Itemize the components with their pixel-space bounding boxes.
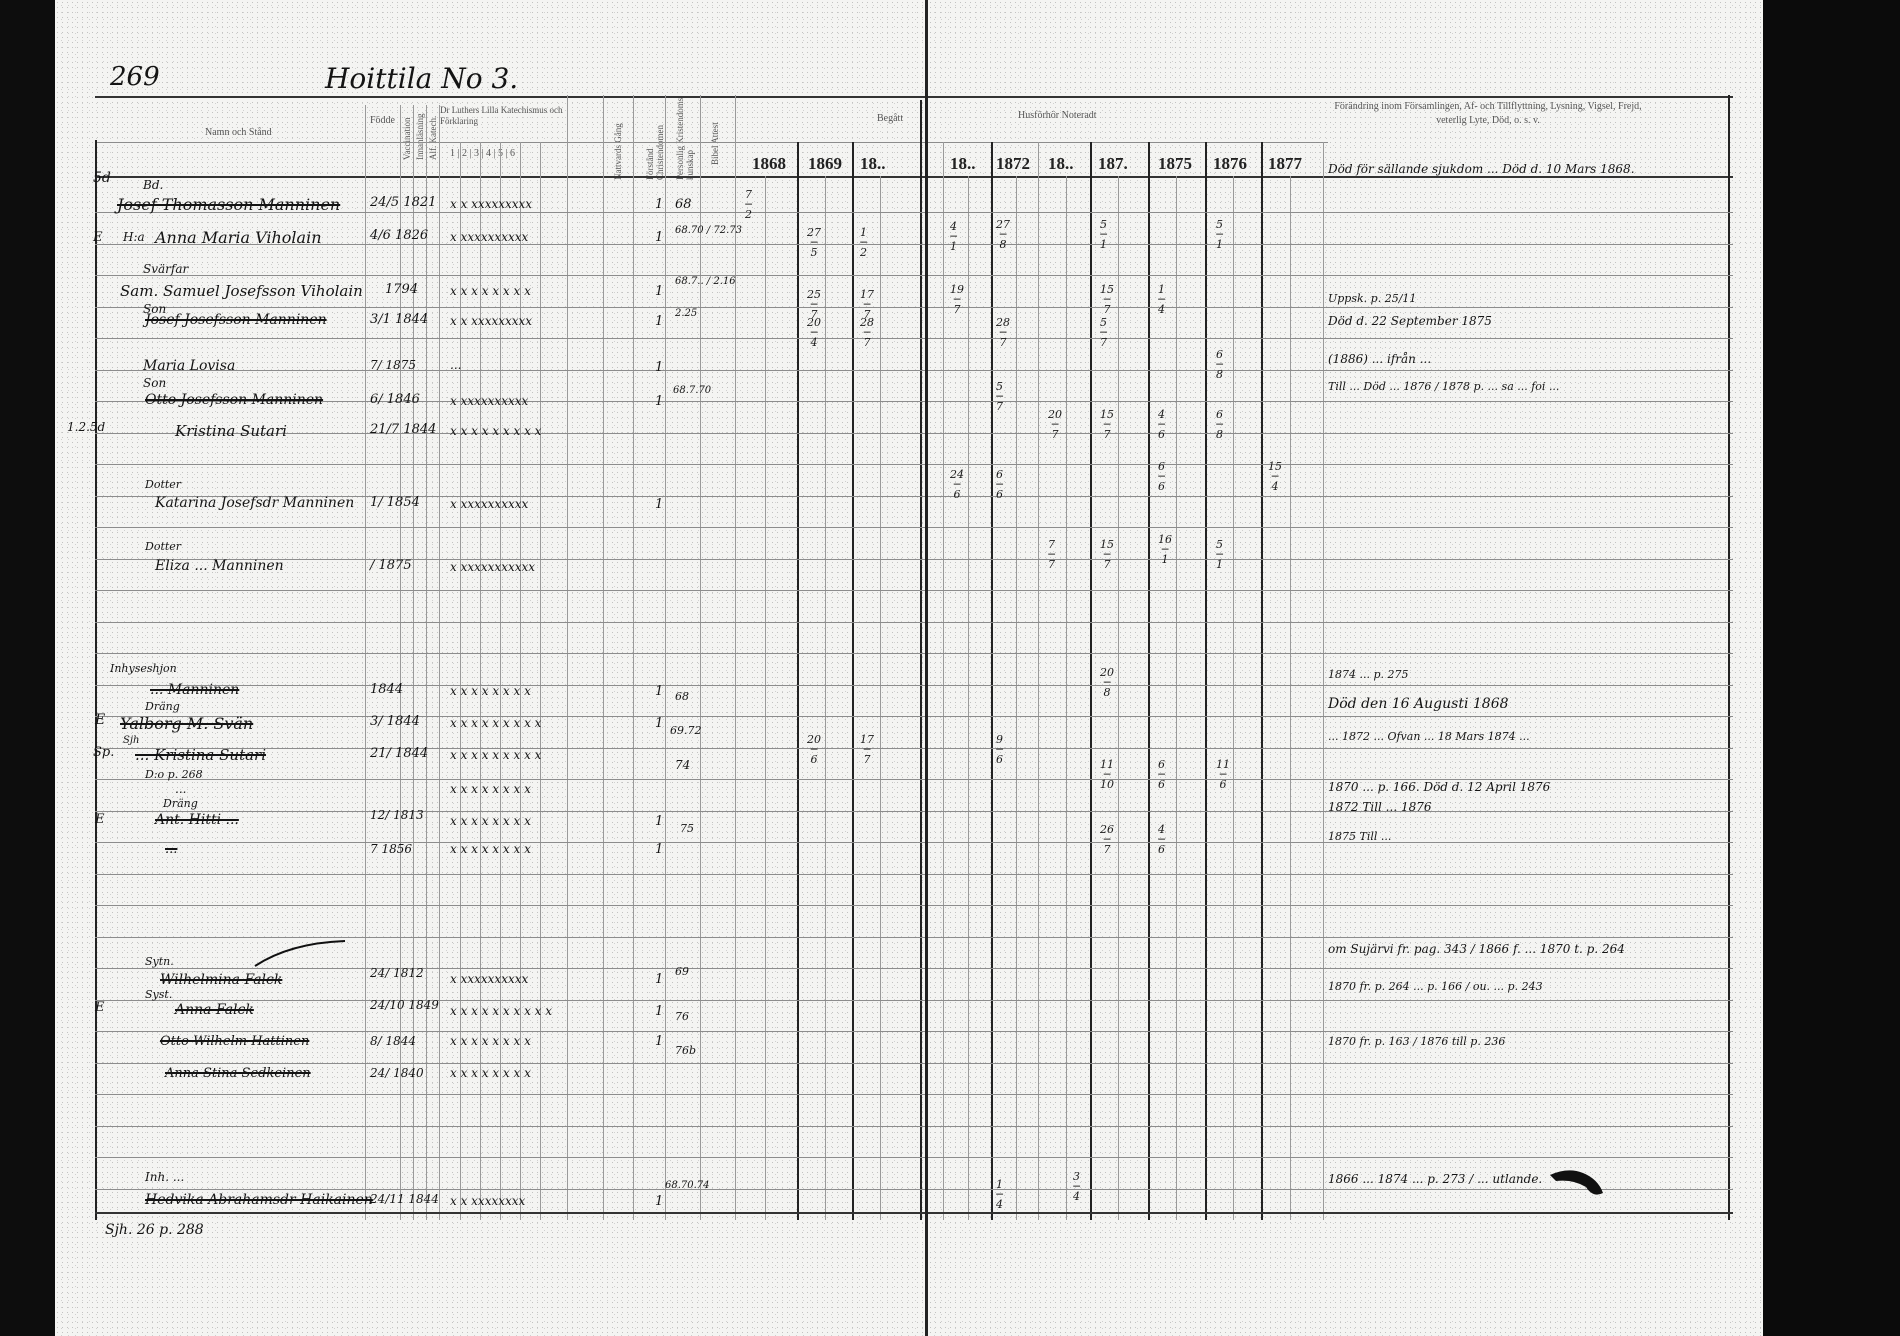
- row-rule: [95, 1031, 925, 1032]
- entry-birth: 21/7 1844: [370, 422, 436, 437]
- col-divider: [1148, 142, 1150, 1220]
- year-col: 187.: [1098, 154, 1128, 174]
- header-begatt: Begått: [877, 113, 903, 124]
- entry-marks: x xxxxxxxxxx: [450, 230, 528, 244]
- fraction-mark: 11─10: [1100, 760, 1114, 790]
- row-rule: [928, 244, 1733, 245]
- remark: 1870 fr. p. 163 / 1876 till p. 236: [1328, 1035, 1505, 1048]
- row-rule: [928, 968, 1733, 969]
- row-rule: [928, 464, 1733, 465]
- col-divider: [1261, 142, 1263, 1220]
- entry-marks: x x x x x x x x: [450, 1034, 531, 1048]
- row-rule: [928, 1031, 1733, 1032]
- year-1868: 1868: [752, 154, 786, 174]
- fraction-mark: 19─7: [950, 285, 964, 315]
- row-rule: [928, 212, 1733, 213]
- fraction-mark: 24─6: [950, 470, 964, 500]
- entry-marks: x x xxxxxxxxx: [450, 197, 532, 211]
- row-rule: [95, 275, 925, 276]
- fraction-mark: 11─6: [1216, 760, 1230, 790]
- col-divider: [520, 142, 521, 1220]
- col-divider: [797, 142, 799, 1220]
- row-marker: E: [95, 712, 105, 728]
- entry-num: 74: [675, 758, 690, 772]
- book-binding-right: [1760, 0, 1900, 1336]
- entry-birth: 24/10 1849: [370, 998, 439, 1012]
- row-marker: E: [95, 812, 105, 827]
- entry-name: Yalborg M. Svän: [120, 714, 253, 733]
- entry-num: 69.72: [670, 724, 702, 737]
- entry-role: Syst.: [145, 988, 172, 1001]
- entry-name: ... Manninen: [150, 682, 239, 698]
- fraction-mark: 4─6: [1158, 410, 1165, 440]
- col-divider: [665, 95, 666, 1220]
- row-rule: [928, 874, 1733, 875]
- entry-birth: 24/11 1844: [370, 1192, 439, 1206]
- remark: om Sujärvi fr. pag. 343 / 1866 f. ... 18…: [1328, 942, 1625, 956]
- col-divider: [1205, 142, 1207, 1220]
- table-bottom-rule: [928, 1212, 1733, 1214]
- row-rule: [95, 1157, 925, 1158]
- ink-blot: [1548, 1165, 1608, 1200]
- fraction-mark: 15─7: [1100, 285, 1114, 315]
- entry-col: 1: [655, 972, 663, 987]
- row-rule: [928, 937, 1733, 938]
- fraction-mark: 26─7: [1100, 825, 1114, 855]
- header-alf-katech: Alf. Katech.: [428, 100, 438, 160]
- entry-num: 75: [680, 822, 694, 835]
- col-divider: [413, 105, 414, 1220]
- row-rule: [928, 905, 1733, 906]
- fraction-mark: 17─7: [860, 735, 874, 765]
- row-rule: [95, 1189, 925, 1190]
- row-rule: [95, 307, 925, 308]
- entry-col: 1: [655, 230, 663, 245]
- fraction-mark: 6─6: [1158, 462, 1165, 492]
- fraction-mark: 1─4: [1158, 285, 1165, 315]
- fraction-mark: 6─8: [1216, 350, 1223, 380]
- row-marker: E: [93, 230, 103, 245]
- entry-name: Josef Josefsson Manninen: [145, 312, 327, 328]
- row-rule: [928, 370, 1733, 371]
- fraction-mark: 27─8: [996, 220, 1010, 250]
- header-personal-kristendom: Personlig Kristendoms kunskap: [675, 95, 695, 180]
- col-divider: [439, 105, 440, 1220]
- entry-marks: x xxxxxxxxxxx: [450, 560, 535, 574]
- remark: 1866 ... 1874 ... p. 273 / ... utlande.: [1328, 1172, 1542, 1186]
- row-rule: [928, 1063, 1733, 1064]
- row-rule: [928, 1157, 1733, 1158]
- row-rule: [95, 590, 925, 591]
- col-divider: [920, 100, 922, 1220]
- year-1875: 1875: [1158, 154, 1192, 174]
- col-divider: [500, 142, 501, 1220]
- col-divider: [540, 142, 541, 1220]
- row-rule: [95, 1126, 925, 1127]
- entry-col: 1: [655, 360, 663, 375]
- entry-num: 68.7.. / 2.16: [675, 276, 736, 287]
- entry-role: Dräng: [163, 797, 198, 810]
- year-1877: 1877: [1268, 154, 1302, 174]
- entry-name: Eliza ... Manninen: [155, 558, 284, 574]
- row-marker: E: [95, 1000, 105, 1015]
- entry-num: 68.7.70: [673, 385, 711, 396]
- col-divider: [700, 95, 701, 1220]
- entry-col: 1: [655, 394, 663, 409]
- row-rule: [95, 1063, 925, 1064]
- header-vaccination: Vaccination: [402, 100, 412, 160]
- remark: 1870 ... p. 166. Död d. 12 April 1876: [1328, 780, 1550, 794]
- entry-birth: 6/ 1846: [370, 392, 420, 407]
- fraction-mark: 6─6: [1158, 760, 1165, 790]
- col-divider: [400, 105, 401, 1220]
- fraction-mark: 20─6: [807, 735, 821, 765]
- row-rule: [95, 338, 925, 339]
- row-rule: [928, 338, 1733, 339]
- entry-name: ... Kristina Sutari: [135, 746, 266, 764]
- remark: 1874 ... p. 275: [1328, 668, 1409, 681]
- entry-marks: x x x x x x x x: [450, 1066, 531, 1080]
- row-rule: [928, 496, 1733, 497]
- entry-name: Josef Thomasson Manninen: [117, 195, 340, 214]
- row-rule: [928, 590, 1733, 591]
- entry-marks: x x x x x x x x x x: [450, 1004, 552, 1018]
- entry-name: Anna Stina Sedkeinen: [165, 1066, 311, 1081]
- entry-birth: 3/1 1844: [370, 312, 428, 327]
- remark: Uppsk. p. 25/11: [1328, 292, 1416, 305]
- entry-role: Dräng: [145, 700, 180, 713]
- col-divider: [633, 95, 634, 1220]
- page-number: 269: [110, 62, 160, 92]
- header-rule: [95, 142, 925, 143]
- fraction-mark: 28─7: [996, 318, 1010, 348]
- header-catechism: Dr Luthers Lilla Katechismus och Förklar…: [440, 105, 565, 127]
- entry-col: 1: [655, 1004, 663, 1019]
- entry-num: 68: [675, 690, 689, 703]
- remark: (1886) ... ifrån ...: [1328, 352, 1431, 366]
- entry-num: 76b: [675, 1044, 696, 1057]
- entry-col: 1: [655, 314, 663, 329]
- year-1872: 1872: [996, 154, 1030, 174]
- book-binding-left: [0, 0, 55, 1336]
- remark: Död för sällande sjukdom ... Död d. 10 M…: [1328, 162, 1635, 176]
- entry-birth: 12/ 1813: [370, 808, 424, 822]
- entry-marks: x xxxxxxxxxx: [450, 972, 528, 986]
- header-name-column: Namn och Stånd: [205, 127, 272, 138]
- remark: Död d. 22 September 1875: [1328, 314, 1492, 328]
- entry-col: 1: [655, 1194, 663, 1209]
- year-col: 18..: [1048, 154, 1074, 174]
- row-rule: [928, 1126, 1733, 1127]
- row-rule: [928, 716, 1733, 717]
- entry-marks: x x x x x x x x: [450, 814, 531, 828]
- header-nattvardsgang: Nattvards Gång: [613, 95, 623, 180]
- row-marker: 5d: [93, 170, 111, 186]
- entry-col: 1: [655, 684, 663, 699]
- fraction-mark: 4─1: [950, 222, 957, 252]
- entry-birth: 1794: [385, 282, 418, 297]
- row-rule: [95, 527, 925, 528]
- row-rule: [928, 653, 1733, 654]
- remark: Till ... Död ... 1876 / 1878 p. ... sa .…: [1328, 380, 1559, 393]
- header-bibel-attest: Bibel Attest: [710, 95, 720, 165]
- row-rule: [928, 1189, 1733, 1190]
- entry-role: Dotter: [145, 478, 181, 491]
- entry-role: Bd.: [143, 178, 163, 192]
- year-1876: 1876: [1213, 154, 1247, 174]
- col-divider: [480, 142, 481, 1220]
- entry-col: 1: [655, 284, 663, 299]
- farm-title: Hoittila No 3.: [325, 62, 518, 95]
- entry-role: Inhyseshjon: [110, 662, 177, 675]
- row-rule: [95, 779, 925, 780]
- fraction-mark: 20─8: [1100, 668, 1114, 698]
- remark: 1875 Till ...: [1328, 830, 1391, 843]
- header-bottom-rule: [928, 176, 1733, 178]
- entry-role: D:o p. 268: [145, 768, 203, 781]
- entry-col: 1: [655, 497, 663, 512]
- title-rule: [95, 96, 925, 98]
- entry-marks: x x x x x x x x x: [450, 748, 541, 762]
- entry-name: Anna Falck: [175, 1002, 254, 1018]
- entry-birth: 7/ 1875: [370, 358, 416, 372]
- entry-birth: 7 1856: [370, 842, 412, 856]
- entry-name: ...: [175, 782, 186, 796]
- remark: ... 1872 ... Ofvan ... 18 Mars 1874 ...: [1328, 730, 1530, 743]
- entry-marks: x x x x x x x x: [450, 284, 531, 298]
- entry-col: 1: [655, 197, 663, 212]
- entry-birth: 1/ 1854: [370, 495, 420, 510]
- row-rule: [95, 653, 925, 654]
- row-rule: [95, 874, 925, 875]
- entry-name: Maria Lovisa: [143, 358, 235, 374]
- row-rule: [95, 1000, 925, 1001]
- fraction-mark: 5─1: [1216, 220, 1223, 250]
- row-rule: [928, 401, 1733, 402]
- entry-marks: x xxxxxxxxxx: [450, 497, 528, 511]
- entry-name: Otto Wilhelm Hattinen: [160, 1034, 309, 1049]
- row-marker: Sp.: [93, 745, 114, 760]
- entry-role: H:a: [123, 230, 145, 244]
- year-1869: 1869: [808, 154, 842, 174]
- entry-name: Wilhelmina Falck: [160, 972, 282, 988]
- fraction-mark: 15─7: [1100, 410, 1114, 440]
- row-rule: [928, 622, 1733, 623]
- fraction-mark: 5─7: [996, 382, 1003, 412]
- row-rule: [928, 275, 1733, 276]
- entry-num: 76: [675, 1010, 689, 1023]
- fraction-mark: 3─4: [1073, 1172, 1080, 1202]
- entry-num: 68: [675, 197, 692, 212]
- fraction-mark: 15─4: [1268, 462, 1282, 492]
- entry-birth: 4/6 1826: [370, 228, 428, 243]
- header-bottom-rule: [95, 176, 925, 178]
- col-divider: [1323, 142, 1324, 1220]
- page-border: [1728, 95, 1730, 1220]
- entry-num: 69: [675, 965, 689, 978]
- row-rule: [928, 1000, 1733, 1001]
- entry-birth: 21/ 1844: [370, 746, 428, 761]
- header-remarks: Förändring inom Församlingen, Af- och Ti…: [1333, 100, 1643, 128]
- entry-marks: x x x x x x x x: [450, 842, 531, 856]
- col-divider: [735, 95, 736, 1220]
- col-divider: [95, 140, 97, 1220]
- entry-col: 1: [655, 842, 663, 857]
- year-col: 18..: [950, 154, 976, 174]
- entry-name: Kristina Sutari: [175, 422, 287, 440]
- entry-name: Sam. Samuel Josefsson Viholain: [120, 282, 363, 300]
- pen-flourish: [250, 938, 350, 968]
- entry-col: 1: [655, 716, 663, 731]
- title-rule: [928, 96, 1733, 98]
- col-divider: [567, 95, 568, 1220]
- fraction-mark: 4─6: [1158, 825, 1165, 855]
- remark: Död den 16 Augusti 1868: [1328, 696, 1509, 712]
- col-divider: [1090, 142, 1092, 1220]
- entry-num: 68.70.74: [665, 1180, 710, 1191]
- row-rule: [95, 464, 925, 465]
- row-rule: [928, 748, 1733, 749]
- row-rule: [928, 1094, 1733, 1095]
- row-rule: [928, 307, 1733, 308]
- row-rule: [928, 527, 1733, 528]
- left-page: 269 Hoittila No 3. Namn och Stånd Födde …: [55, 0, 925, 1336]
- fraction-mark: 20─4: [807, 318, 821, 348]
- col-divider: [852, 142, 854, 1220]
- header-rule: [928, 142, 1328, 143]
- entry-role: Sytn.: [145, 955, 174, 968]
- entry-birth: / 1875: [370, 558, 412, 573]
- entry-birth: 24/ 1812: [370, 966, 424, 980]
- table-bottom-rule: [95, 1212, 925, 1214]
- col-divider: [365, 105, 366, 1220]
- entry-birth: 1844: [370, 682, 403, 697]
- fraction-mark: 5─7: [1100, 318, 1107, 348]
- row-rule: [928, 685, 1733, 686]
- entry-name: Katarina Josefsdr Manninen: [155, 495, 354, 511]
- entry-name: Hedvika Abrahamsdr Haikainen: [145, 1192, 373, 1208]
- fraction-mark: 9─6: [996, 735, 1003, 765]
- entry-marks: ...: [450, 358, 461, 372]
- fraction-mark: 1─4: [996, 1180, 1003, 1210]
- fraction-mark: 6─8: [1216, 410, 1223, 440]
- row-rule: [95, 1094, 925, 1095]
- entry-role: Dotter: [145, 540, 181, 553]
- entry-name: Ant. Hitti ...: [155, 812, 239, 828]
- entry-marks: x x x x x x x x: [450, 782, 531, 796]
- col-divider: [1038, 142, 1039, 1220]
- entry-role: Son: [143, 376, 166, 390]
- header-forstand: Förstånd Christendomen: [645, 95, 665, 180]
- entry-name: Anna Maria Viholain: [155, 228, 322, 247]
- fraction-mark: 20─7: [1048, 410, 1062, 440]
- header-birth: Födde: [370, 115, 395, 126]
- entry-name: ...: [165, 842, 177, 857]
- fraction-mark: 27─5: [807, 228, 821, 258]
- fraction-mark: 5─1: [1100, 220, 1107, 250]
- entry-marks: x x x x x x x x x: [450, 716, 541, 730]
- entry-marks: x x xxxxxxxx: [450, 1194, 525, 1208]
- entry-name: Otto Josefsson Manninen: [145, 392, 323, 408]
- remark: 1870 fr. p. 264 ... p. 166 / ou. ... p. …: [1328, 980, 1543, 993]
- fraction-mark: 7─2: [745, 190, 752, 220]
- row-rule: [95, 968, 925, 969]
- col-divider: [460, 142, 461, 1220]
- header-innanlasning: Innanläsning: [415, 100, 425, 160]
- entry-marks: x x xxxxxxxxx: [450, 314, 532, 328]
- fraction-mark: 5─1: [1216, 540, 1223, 570]
- entry-marks: x x x x x x x x x: [450, 424, 541, 438]
- entry-birth: 24/ 1840: [370, 1066, 424, 1080]
- entry-role: Inh. ...: [145, 1170, 184, 1184]
- col-divider: [426, 105, 427, 1220]
- entry-num: 2.25: [675, 308, 697, 319]
- entry-marks: x xxxxxxxxxx: [450, 394, 528, 408]
- fraction-mark: 16─1: [1158, 535, 1172, 565]
- header-husforhor: Husförhör Noteradt: [1018, 110, 1097, 121]
- fraction-mark: 7─7: [1048, 540, 1055, 570]
- fraction-mark: 1─2: [860, 228, 867, 258]
- col-divider: [991, 142, 993, 1220]
- year-18xx: 18..: [860, 154, 886, 174]
- entry-birth: 8/ 1844: [370, 1034, 416, 1048]
- remark: 1872 Till ... 1876: [1328, 800, 1431, 814]
- entry-birth: 3/ 1844: [370, 714, 420, 729]
- entry-birth: 24/5 1821: [370, 195, 436, 210]
- entry-col: 1: [655, 1034, 663, 1049]
- fraction-mark: 6─6: [996, 470, 1003, 500]
- entry-num: 68.70 / 72.73: [675, 225, 742, 236]
- entry-role: Sjh: [123, 735, 139, 746]
- entry-role: Svärfar: [143, 262, 188, 276]
- row-rule: [95, 905, 925, 906]
- right-page: Husförhör Noteradt Förändring inom Försa…: [925, 0, 1763, 1336]
- footer-note: Sjh. 26 p. 288: [105, 1222, 204, 1238]
- entry-marks: x x x x x x x x: [450, 684, 531, 698]
- fraction-mark: 28─7: [860, 318, 874, 348]
- row-marker: 1.2.5d: [67, 420, 105, 434]
- row-rule: [95, 937, 925, 938]
- col-divider: [943, 142, 944, 1220]
- row-rule: [95, 622, 925, 623]
- col-divider: [603, 95, 604, 1220]
- fraction-mark: 15─7: [1100, 540, 1114, 570]
- entry-col: 1: [655, 814, 663, 829]
